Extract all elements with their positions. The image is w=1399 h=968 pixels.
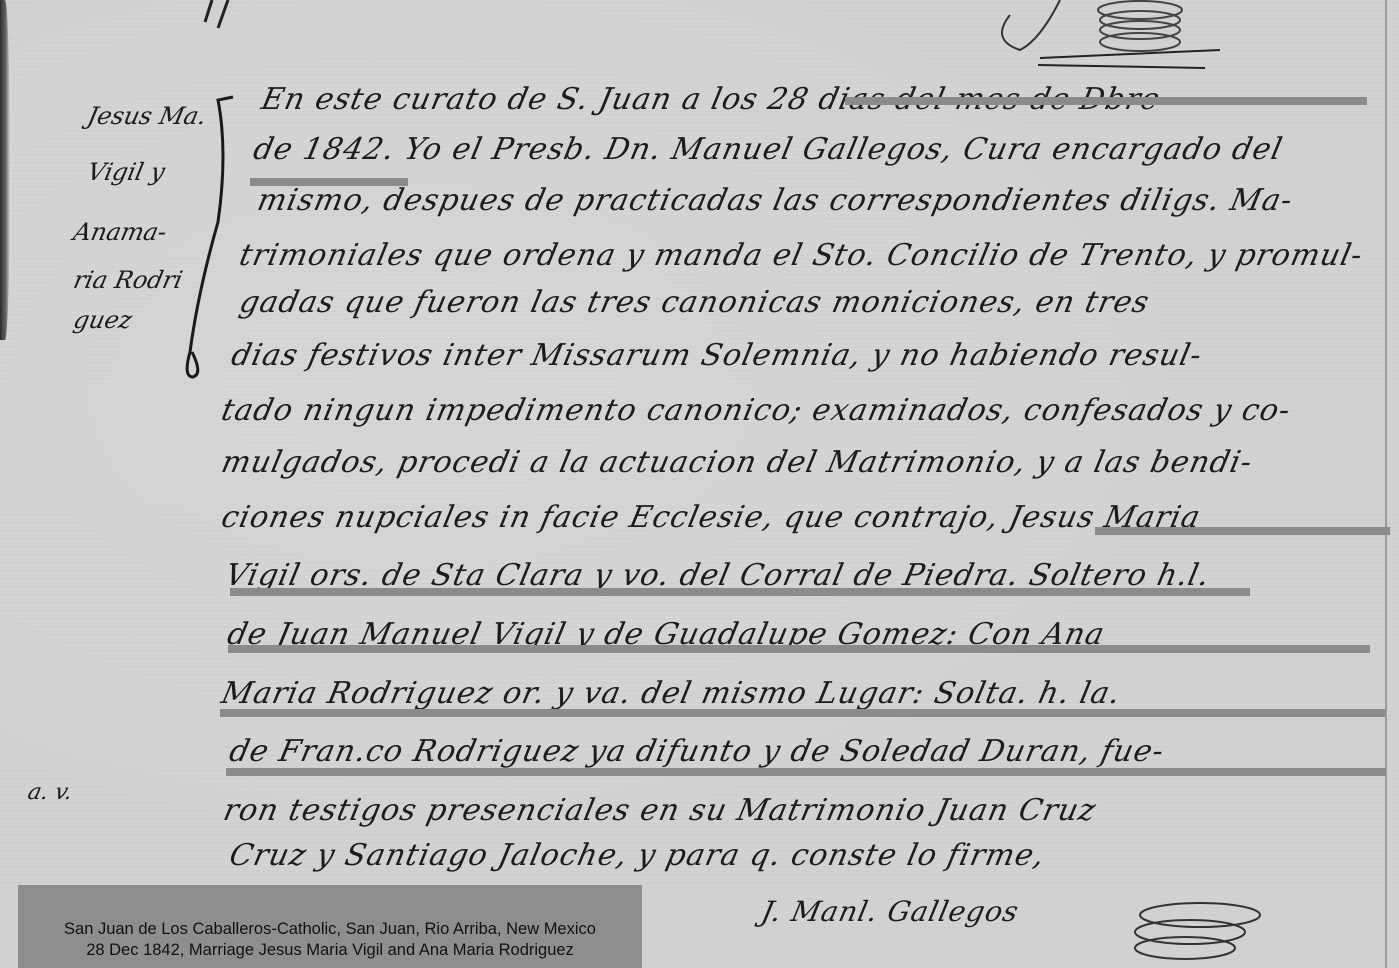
entry-line: de 1842. Yo el Presb. Dn. Manuel Gallego… <box>250 132 1286 167</box>
caption-location: San Juan de Los Caballeros-Catholic, San… <box>18 919 642 940</box>
previous-page-fragment: a. v. <box>25 778 75 808</box>
document-scan: Jesus Ma. Vigil y Anama- ria Rodri guez … <box>0 0 1399 968</box>
record-caption: San Juan de Los Caballeros-Catholic, San… <box>18 885 642 968</box>
caption-event: 28 Dec 1842, Marriage Jesus Maria Vigil … <box>18 940 642 961</box>
entry-line: mismo, despues de practicadas las corres… <box>254 183 1296 218</box>
highlight-bar-bride-parents <box>226 768 1386 776</box>
entry-line: mulgados, procedi a la actuacion del Mat… <box>218 445 1256 480</box>
margin-note-line: Anama- <box>71 218 169 246</box>
highlight-bar-groom-name <box>1095 527 1390 535</box>
highlight-bar-bride-name <box>220 709 1385 717</box>
page-edge-line <box>1385 0 1387 968</box>
highlight-bar-groom-parents <box>228 645 1370 653</box>
margin-note-line: guez <box>71 306 135 334</box>
margin-note-line: ria Rodri <box>71 266 185 294</box>
margin-note-line: Vigil y <box>85 158 167 186</box>
priest-signature: J. Manl. Gallegos <box>758 895 1022 928</box>
entry-line: tado ningun impedimento canonico; examin… <box>218 393 1294 428</box>
entry-line: gadas que fueron las tres canonicas moni… <box>236 285 1153 320</box>
previous-signature-flourish <box>990 0 1260 75</box>
highlight-bar-groom-origin <box>230 588 1250 596</box>
signature-flourish <box>1100 900 1270 968</box>
entry-line: dias festivos inter Missarum Solemnia, y… <box>228 338 1205 373</box>
previous-entry-ink-fragment <box>200 0 280 30</box>
margin-brace <box>178 92 238 382</box>
entry-line: trimoniales que ordena y manda el Sto. C… <box>236 238 1366 273</box>
entry-line: Cruz y Santiago Jaloche, y para q. const… <box>226 838 1048 873</box>
entry-line: de Fran.co Rodriguez ya difunto y de Sol… <box>226 734 1167 769</box>
entry-line: ron testigos presenciales en su Matrimon… <box>220 793 1099 828</box>
page-binding-shadow <box>0 0 10 340</box>
highlight-bar-date <box>845 97 1367 105</box>
entry-line: Maria Rodriguez or. y va. del mismo Luga… <box>218 676 1124 711</box>
highlight-bar-year <box>250 178 408 186</box>
entry-line: ciones nupciales in facie Ecclesie, que … <box>218 500 1204 535</box>
